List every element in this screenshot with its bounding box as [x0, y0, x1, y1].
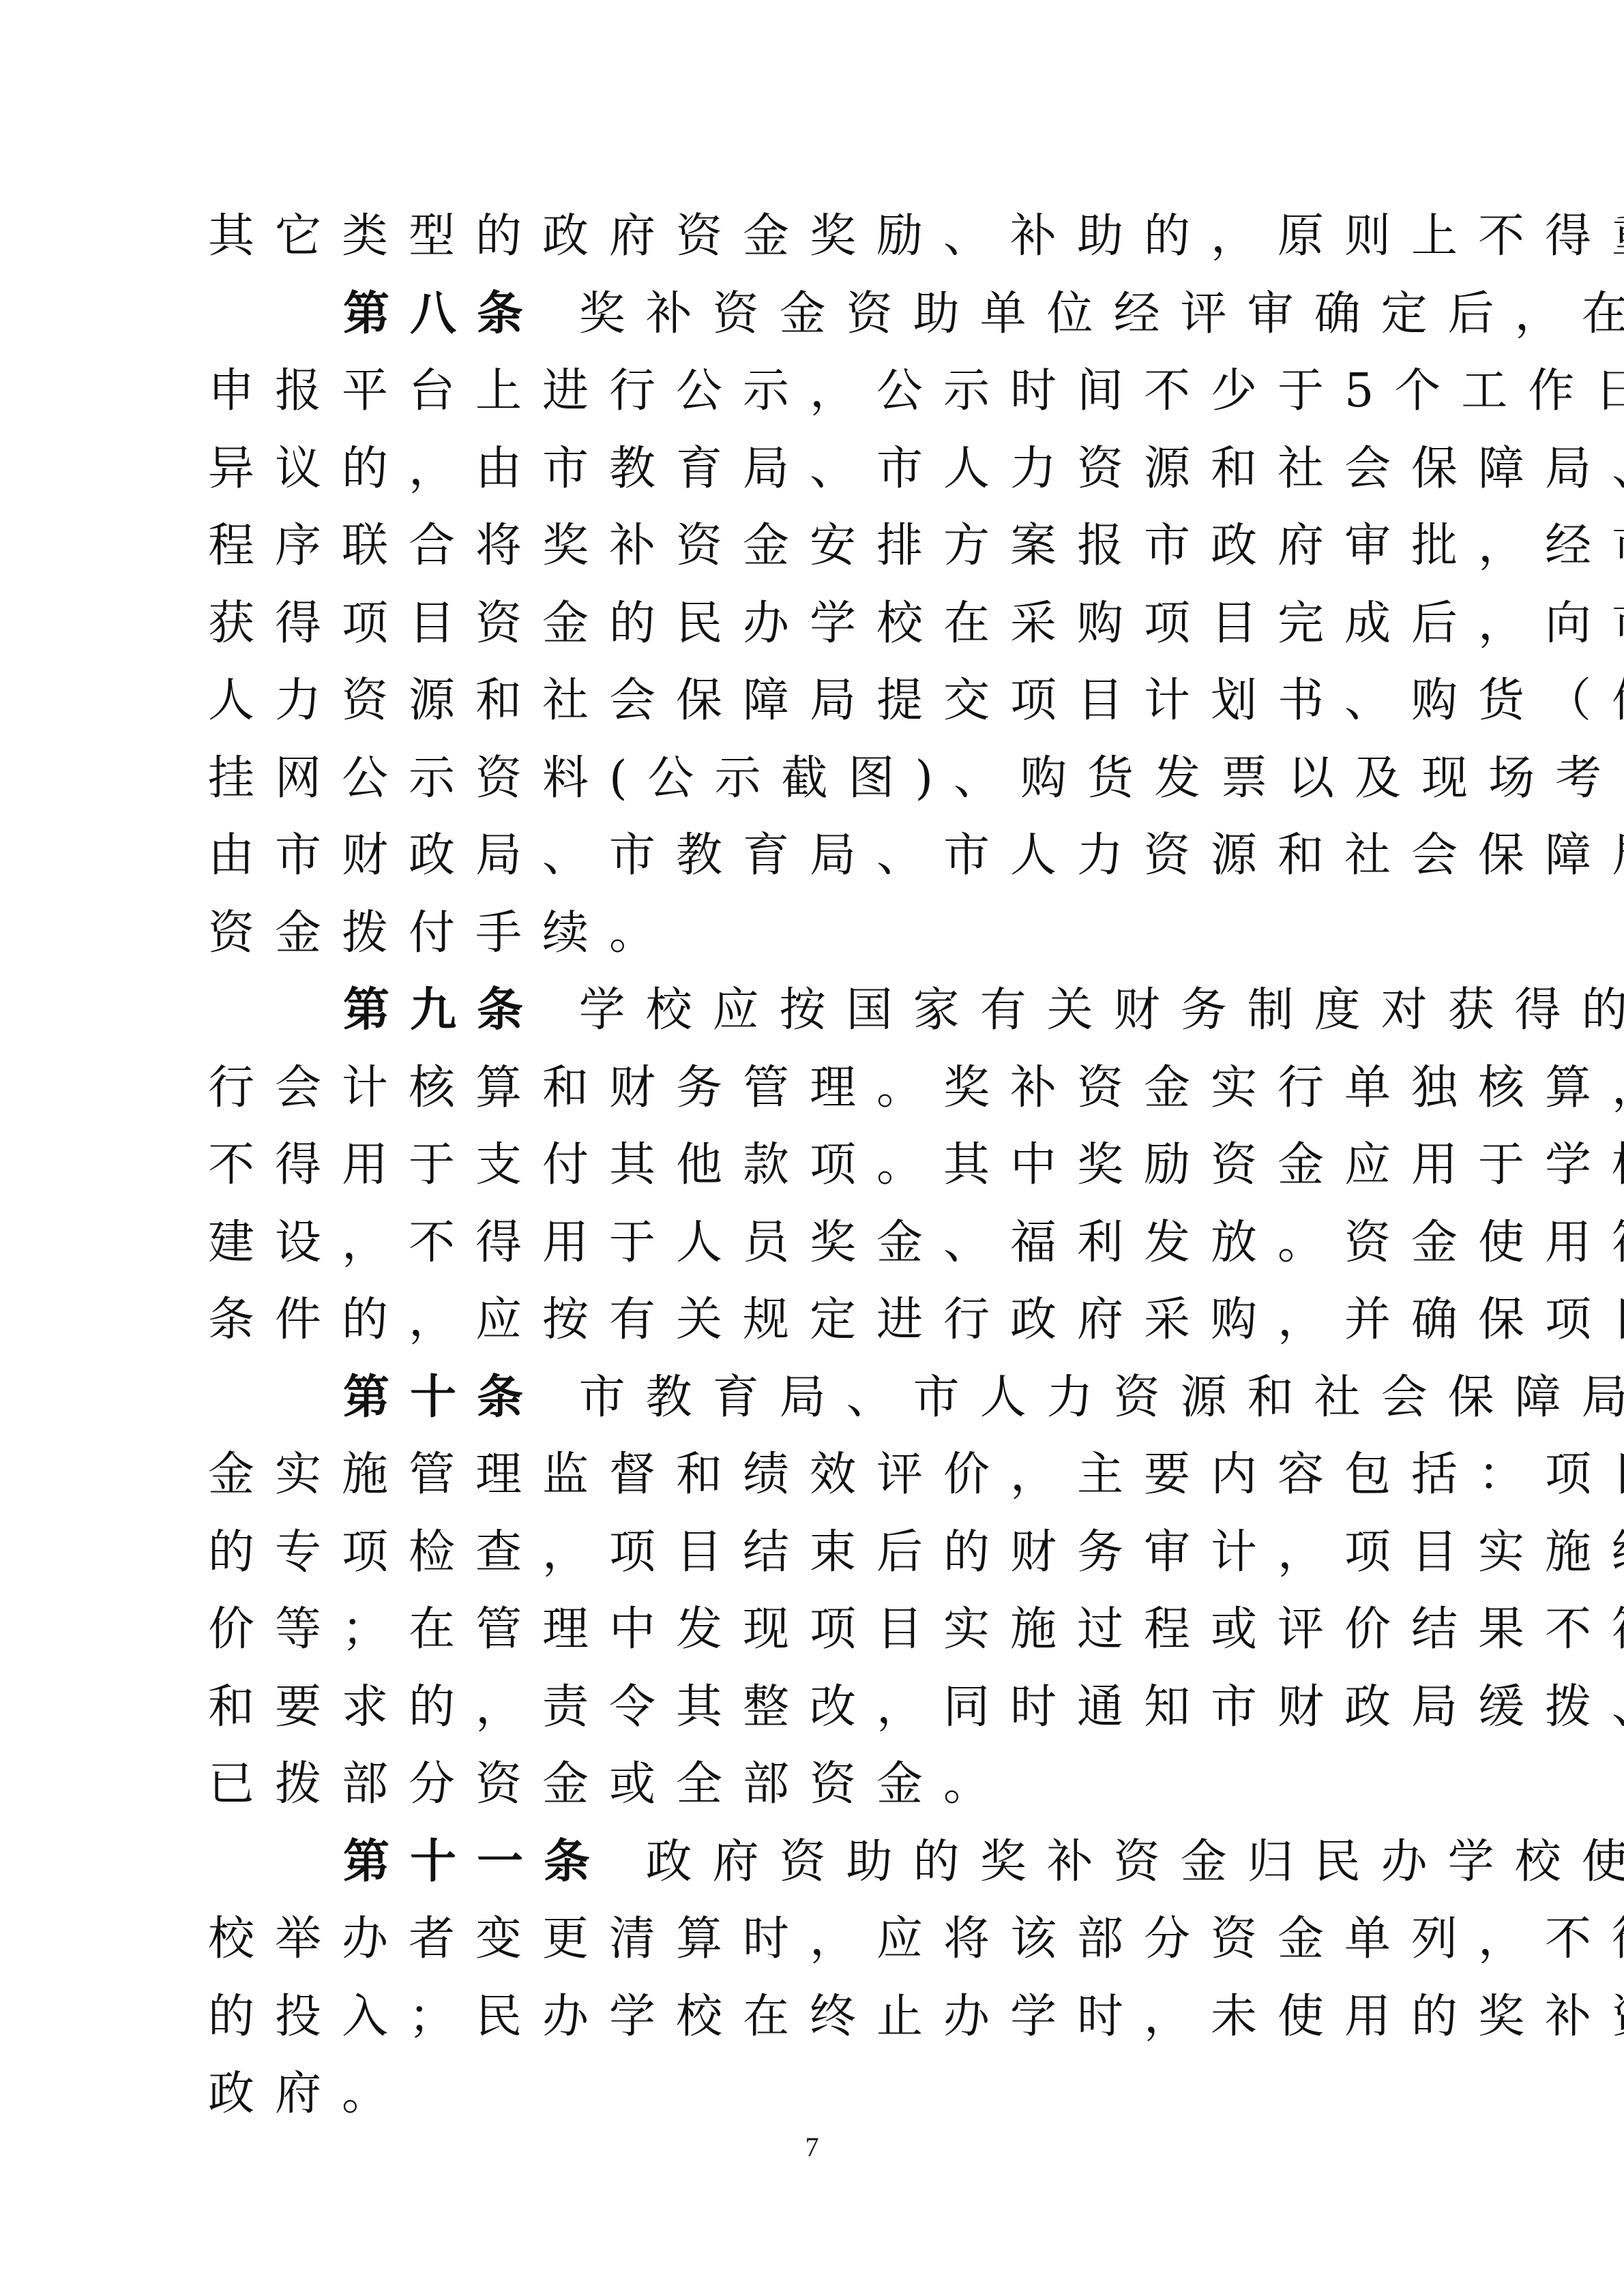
text-line: 校举办者变更清算时，应将该部分资金单列，不得作为举办者: [208, 1900, 1426, 1978]
text-line: 第十条 市教育局、市人力资源和社会保障局分别对奖补资: [208, 1359, 1426, 1437]
line-text: 程序联合将奖补资金安排方案报市政府审批，经市政府批准，: [208, 519, 1624, 573]
text-line: 和要求的，责令其整改，同时通知市财政局缓拨、停拨并追回: [208, 1669, 1426, 1746]
line-text: 的投入；民办学校在终止办学时，未使用的奖补资金应退还市: [208, 1990, 1624, 2044]
line-text: 由市财政局、市教育局、市人力资源和社会保障局按规定办理: [208, 829, 1624, 882]
line-text: 市教育局、市人力资源和社会保障局分别对奖补资: [544, 1371, 1624, 1425]
text-line: 的投入；民办学校在终止办学时，未使用的奖补资金应退还市: [208, 1978, 1426, 2056]
text-line: 金实施管理监督和绩效评价，主要内容包括：项目实施过程中: [208, 1436, 1426, 1514]
line-text: 已拨部分资金或全部资金。: [208, 1757, 1010, 1811]
line-text: 和要求的，责令其整改，同时通知市财政局缓拨、停拨并追回: [208, 1680, 1624, 1734]
text-line: 挂网公示资料(公示截图)、购货发票以及现场考察设施设备后，: [208, 740, 1426, 818]
line-text: 行会计核算和财务管理。奖补资金实行单独核算，专款专用，: [208, 1061, 1624, 1115]
text-line: 不得用于支付其他款项。其中奖励资金应用于学校建设或师资: [208, 1127, 1426, 1204]
article-heading: 第八条: [343, 286, 544, 341]
text-line: 获得项目资金的民办学校在采购项目完成后，向市教育局或市: [208, 585, 1426, 663]
article-heading: 第九条: [343, 983, 544, 1037]
text-line: 已拨部分资金或全部资金。: [208, 1746, 1426, 1823]
line-text: 金实施管理监督和绩效评价，主要内容包括：项目实施过程中: [208, 1448, 1624, 1502]
text-line: 政府。: [208, 2055, 1426, 2133]
document-body: 其它类型的政府资金奖励、补助的，原则上不得重复申报。第八条 奖补资金资助单位经评…: [208, 198, 1426, 2133]
line-text: 的专项检查，项目结束后的财务审计，项目实施结果的综合评: [208, 1525, 1624, 1579]
line-text: 资金拨付手续。: [208, 906, 676, 960]
line-text: 异议的，由市教育局、市人力资源和社会保障局、市财政局按: [208, 442, 1624, 496]
article-heading: 第十条: [343, 1370, 544, 1425]
text-line: 第十一条 政府资助的奖补资金归民办学校使用，在民办学: [208, 1823, 1426, 1901]
text-line: 第八条 奖补资金资助单位经评审确定后，在市财政局资金: [208, 275, 1426, 353]
text-line: 资金拨付手续。: [208, 895, 1426, 972]
text-line: 由市财政局、市教育局、市人力资源和社会保障局按规定办理: [208, 817, 1426, 895]
line-text: 学校应按国家有关财务制度对获得的奖补资金进: [544, 983, 1624, 1037]
line-text: 获得项目资金的民办学校在采购项目完成后，向市教育局或市: [208, 597, 1624, 651]
line-text: 其它类型的政府资金奖励、补助的，原则上不得重复申报。: [208, 209, 1624, 263]
line-text: 挂网公示资料(公示截图)、购货发票以及现场考察设施设备后，: [208, 751, 1624, 805]
line-text: 申报平台上进行公示，公示时间不少于5个工作日。经公示无: [208, 364, 1624, 418]
text-line: 人力资源和社会保障局提交项目计划书、购货（供货）合同、: [208, 662, 1426, 740]
text-line: 程序联合将奖补资金安排方案报市政府审批，经市政府批准，: [208, 507, 1426, 585]
text-line: 其它类型的政府资金奖励、补助的，原则上不得重复申报。: [208, 198, 1426, 275]
line-text: 人力资源和社会保障局提交项目计划书、购货（供货）合同、: [208, 674, 1624, 728]
line-text: 奖补资金资助单位经评审确定后，在市财政局资金: [544, 287, 1624, 341]
text-line: 的专项检查，项目结束后的财务审计，项目实施结果的综合评: [208, 1514, 1426, 1592]
line-text: 建设，不得用于人员奖金、福利发放。资金使用符合政府采购: [208, 1216, 1624, 1270]
line-text: 价等；在管理中发现项目实施过程或评价结果不符合资助条件: [208, 1602, 1624, 1656]
text-line: 条件的，应按有关规定进行政府采购，并确保项目顺利实施。: [208, 1281, 1426, 1359]
line-text: 条件的，应按有关规定进行政府采购，并确保项目顺利实施。: [208, 1293, 1624, 1347]
line-text: 政府资助的奖补资金归民办学校使用，在民办学: [610, 1835, 1624, 1889]
text-line: 行会计核算和财务管理。奖补资金实行单独核算，专款专用，: [208, 1049, 1426, 1127]
line-text: 不得用于支付其他款项。其中奖励资金应用于学校建设或师资: [208, 1138, 1624, 1192]
line-text: 政府。: [208, 2067, 409, 2121]
article-heading: 第十一条: [343, 1834, 610, 1889]
text-line: 建设，不得用于人员奖金、福利发放。资金使用符合政府采购: [208, 1204, 1426, 1282]
line-text: 校举办者变更清算时，应将该部分资金单列，不得作为举办者: [208, 1912, 1624, 1966]
text-line: 第九条 学校应按国家有关财务制度对获得的奖补资金进: [208, 972, 1426, 1049]
text-line: 异议的，由市教育局、市人力资源和社会保障局、市财政局按: [208, 430, 1426, 508]
text-line: 申报平台上进行公示，公示时间不少于5个工作日。经公示无: [208, 353, 1426, 430]
text-line: 价等；在管理中发现项目实施过程或评价结果不符合资助条件: [208, 1591, 1426, 1669]
page-number: 7: [0, 2131, 1624, 2163]
